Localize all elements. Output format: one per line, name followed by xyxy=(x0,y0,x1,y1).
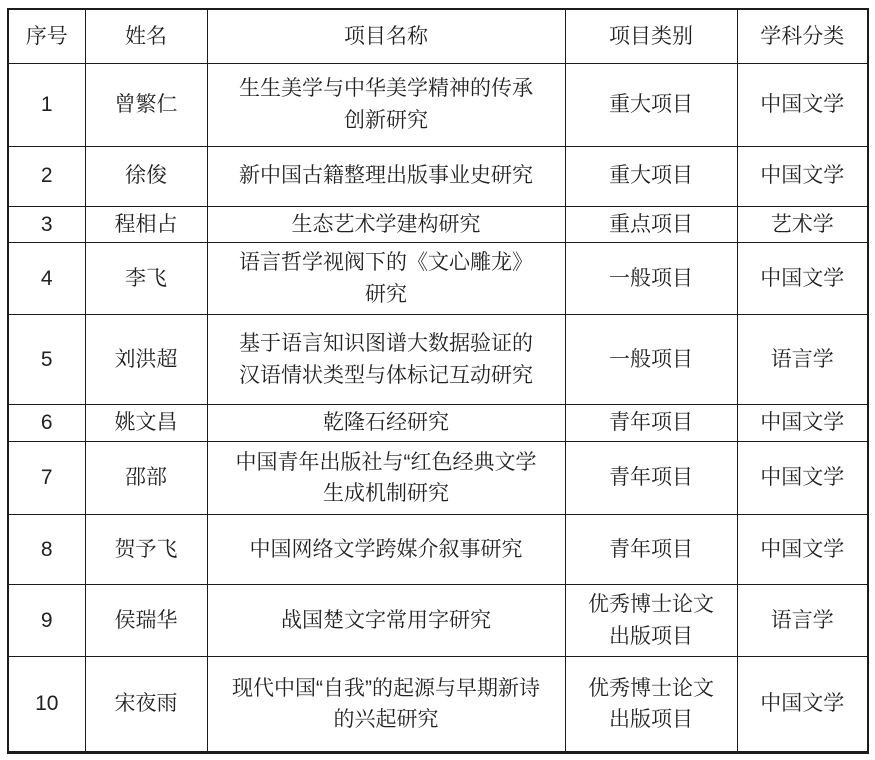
cell-name: 贺予飞 xyxy=(85,515,207,585)
cell-discipline: 语言学 xyxy=(737,315,868,405)
table-row: 10 宋夜雨 现代中国“自我”的起源与早期新诗的兴起研究 优秀博士论文出版项目 … xyxy=(8,657,868,753)
cell-index: 10 xyxy=(8,657,85,753)
cell-name: 李飞 xyxy=(85,243,207,315)
cell-project: 中国青年出版社与“红色经典文学生成机制研究 xyxy=(207,442,565,515)
cell-project: 基于语言知识图谱大数据验证的汉语情状类型与体标记互动研究 xyxy=(207,315,565,405)
cell-project: 语言哲学视阀下的《文心雕龙》研究 xyxy=(207,243,565,315)
cell-category: 一般项目 xyxy=(565,243,737,315)
cell-project: 生态艺术学建构研究 xyxy=(207,206,565,243)
cell-category: 青年项目 xyxy=(565,515,737,585)
cell-index: 6 xyxy=(8,405,85,442)
document-page: 序号 姓名 项目名称 项目类别 学科分类 1 曾繁仁 生生美学与中华美学精神的传… xyxy=(0,0,875,760)
cell-project: 中国网络文学跨媒介叙事研究 xyxy=(207,515,565,585)
col-header-discipline: 学科分类 xyxy=(737,9,868,63)
cell-project: 生生美学与中华美学精神的传承创新研究 xyxy=(207,63,565,146)
cell-category: 青年项目 xyxy=(565,442,737,515)
cell-discipline: 语言学 xyxy=(737,585,868,657)
table-row: 8 贺予飞 中国网络文学跨媒介叙事研究 青年项目 中国文学 xyxy=(8,515,868,585)
cell-discipline: 中国文学 xyxy=(737,146,868,206)
cell-category: 重点项目 xyxy=(565,206,737,243)
table-row: 1 曾繁仁 生生美学与中华美学精神的传承创新研究 重大项目 中国文学 xyxy=(8,63,868,146)
cell-category: 重大项目 xyxy=(565,146,737,206)
cell-project: 战国楚文字常用字研究 xyxy=(207,585,565,657)
col-header-name: 姓名 xyxy=(85,9,207,63)
col-header-index: 序号 xyxy=(8,9,85,63)
cell-category: 重大项目 xyxy=(565,63,737,146)
table-row: 7 邵部 中国青年出版社与“红色经典文学生成机制研究 青年项目 中国文学 xyxy=(8,442,868,515)
cell-name: 宋夜雨 xyxy=(85,657,207,753)
table-row: 9 侯瑞华 战国楚文字常用字研究 优秀博士论文出版项目 语言学 xyxy=(8,585,868,657)
cell-discipline: 中国文学 xyxy=(737,657,868,753)
cell-project: 乾隆石经研究 xyxy=(207,405,565,442)
cell-index: 4 xyxy=(8,243,85,315)
cell-name: 徐俊 xyxy=(85,146,207,206)
cell-project: 现代中国“自我”的起源与早期新诗的兴起研究 xyxy=(207,657,565,753)
cell-index: 5 xyxy=(8,315,85,405)
cell-name: 姚文昌 xyxy=(85,405,207,442)
cell-name: 曾繁仁 xyxy=(85,63,207,146)
col-header-category: 项目类别 xyxy=(565,9,737,63)
cell-category: 一般项目 xyxy=(565,315,737,405)
table-row: 4 李飞 语言哲学视阀下的《文心雕龙》研究 一般项目 中国文学 xyxy=(8,243,868,315)
table-row: 3 程相占 生态艺术学建构研究 重点项目 艺术学 xyxy=(8,206,868,243)
cell-index: 3 xyxy=(8,206,85,243)
cell-index: 9 xyxy=(8,585,85,657)
cell-category: 优秀博士论文出版项目 xyxy=(565,585,737,657)
table-row: 6 姚文昌 乾隆石经研究 青年项目 中国文学 xyxy=(8,405,868,442)
table-header-row: 序号 姓名 项目名称 项目类别 学科分类 xyxy=(8,9,868,63)
cell-discipline: 中国文学 xyxy=(737,515,868,585)
cell-index: 7 xyxy=(8,442,85,515)
cell-index: 8 xyxy=(8,515,85,585)
cell-index: 2 xyxy=(8,146,85,206)
cell-discipline: 中国文学 xyxy=(737,63,868,146)
col-header-project: 项目名称 xyxy=(207,9,565,63)
cell-discipline: 中国文学 xyxy=(737,405,868,442)
cell-index: 1 xyxy=(8,63,85,146)
cell-category: 青年项目 xyxy=(565,405,737,442)
cell-name: 刘洪超 xyxy=(85,315,207,405)
projects-table: 序号 姓名 项目名称 项目类别 学科分类 1 曾繁仁 生生美学与中华美学精神的传… xyxy=(7,8,869,754)
table-row: 2 徐俊 新中国古籍整理出版事业史研究 重大项目 中国文学 xyxy=(8,146,868,206)
cell-project: 新中国古籍整理出版事业史研究 xyxy=(207,146,565,206)
cell-name: 邵部 xyxy=(85,442,207,515)
cell-discipline: 中国文学 xyxy=(737,243,868,315)
cell-discipline: 艺术学 xyxy=(737,206,868,243)
cell-name: 程相占 xyxy=(85,206,207,243)
table-row: 5 刘洪超 基于语言知识图谱大数据验证的汉语情状类型与体标记互动研究 一般项目 … xyxy=(8,315,868,405)
cell-category: 优秀博士论文出版项目 xyxy=(565,657,737,753)
cell-name: 侯瑞华 xyxy=(85,585,207,657)
cell-discipline: 中国文学 xyxy=(737,442,868,515)
